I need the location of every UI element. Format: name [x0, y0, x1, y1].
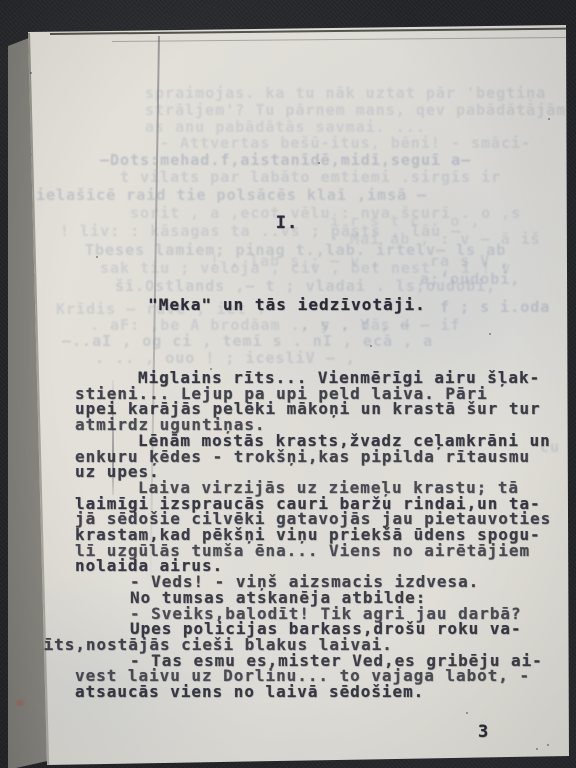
page-number: 3 — [478, 722, 489, 742]
ink-speck — [536, 748, 538, 750]
body-text: Miglains rīts... Vienmērīgi airu šļak-st… — [75, 370, 560, 700]
ghost-text-line: —..aI , og ci , temī s . nI , ecā , a — [62, 332, 433, 350]
ink-speck — [466, 712, 468, 714]
text-line: atsaucās viens no laivā sēdošiem. — [75, 684, 560, 700]
ink-speck — [370, 345, 372, 347]
chapter-heading: I. — [52, 213, 522, 233]
ghost-text-line: ! , lab s ; — v , — [210, 252, 381, 270]
ghost-text-line: spraimojas. ka tu nāk uztat pār 'begtiņa — [145, 84, 546, 102]
ink-speck — [489, 333, 491, 335]
ghost-text-line: ielašīcē raid tie polsācēs klaī ,imsā – — [36, 186, 427, 204]
ghost-text-line: a;'oudobi, — [420, 270, 520, 288]
ink-speck — [30, 72, 32, 74]
red-blemish-mark — [16, 700, 24, 706]
ink-speck — [547, 744, 549, 746]
book-page: spraimojas. ka tu nāk uztat pār 'begtiņa… — [0, 0, 576, 768]
ink-speck — [96, 256, 98, 258]
ghost-text-line: - Attvertas bešū-itus, bēni! - smāci- — [160, 134, 531, 152]
ink-speck — [210, 368, 212, 370]
ink-speck — [548, 118, 550, 120]
ghost-text-line: t vilats par labāto emtiemi .sirgīs ir — [120, 168, 501, 186]
photo-background: spraimojas. ka tu nāk uztat pār 'begtiņa… — [0, 0, 576, 768]
ghost-text-line: strāljem'? Tu pārnem mans, qev pabādātāj… — [145, 101, 576, 119]
chapter-title: "Meka" un tās iedzīvotāji. — [52, 295, 522, 314]
ghost-text-line: ra s V , — [430, 252, 510, 270]
ghost-text-line: . .. , ouo ! ; icesliV — , — [95, 349, 356, 367]
ink-speck — [318, 162, 320, 164]
ghost-text-line: —Dots:mehad.f,aistanīdē,midī,seguī a— — [100, 151, 471, 169]
